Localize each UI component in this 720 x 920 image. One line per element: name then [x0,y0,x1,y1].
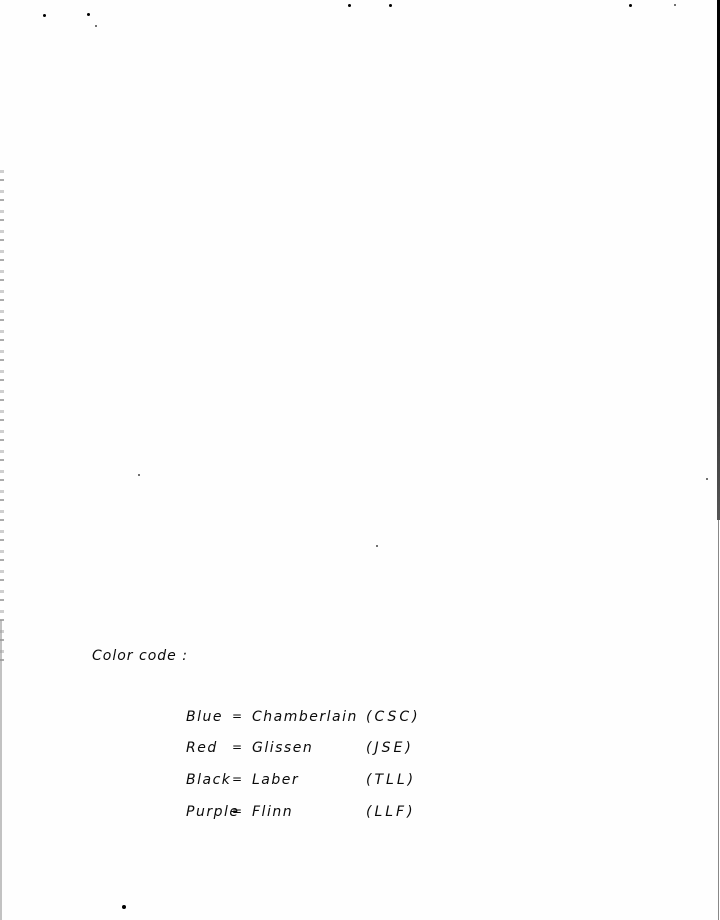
legend-code: (LLF) [366,804,416,820]
color-code-heading: Color code : [92,648,188,664]
scan-speck [43,14,46,17]
legend-code: (JSE) [366,740,414,756]
legend-color: Red [186,740,218,756]
scan-speck [706,478,708,480]
scan-speck [95,25,97,27]
scan-speck [348,4,351,7]
scanned-page: Color code : Blue = Chamberlain (CSC) Re… [0,0,720,920]
scan-speck [674,4,676,6]
legend-color: Black [186,772,231,788]
scan-speck [376,545,378,547]
scan-speck [87,13,90,16]
legend-name: Laber [252,772,299,788]
legend-code: (CSC) [366,709,421,725]
legend-name: Glissen [252,740,313,756]
legend-color: Blue [186,709,223,725]
scan-speck [389,4,392,7]
legend-equals: = [232,740,244,754]
scan-speck [629,4,632,7]
scan-edge-artifact [0,620,2,920]
scan-speck [122,905,126,909]
legend-code: (TLL) [366,772,416,788]
legend-equals: = [232,772,244,786]
scan-speck [138,474,140,476]
legend-equals: = [232,709,244,723]
scan-edge-artifact [0,170,4,670]
scan-edge-artifact [718,520,719,920]
legend-name: Flinn [252,804,293,820]
legend-name: Chamberlain [252,709,358,725]
legend-equals: = [232,804,244,818]
